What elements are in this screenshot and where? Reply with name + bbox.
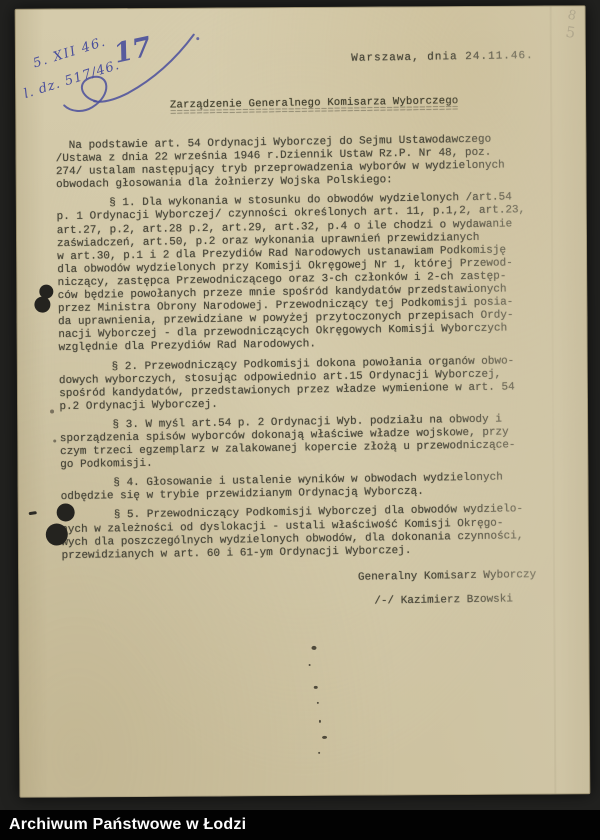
signature-name: /-/ Kazimierz Bzowski [374,592,570,608]
archive-caption-bar: Archiwum Państwowe w Łodzi [0,810,600,840]
paragraph-2: § 2. Przewodniczący Podkomisji dokona po… [59,354,568,414]
stain-mark [50,410,54,414]
archive-name-label: Archiwum Państwowe w Łodzi [9,810,246,840]
document-scan[interactable]: Warszawa, dnia 24.11.46. Zarządzenie Gen… [15,5,591,797]
signature-role: Generalny Komisarz Wyborczy [358,568,570,584]
ink-blot [31,279,63,325]
dateline: Warszawa, dnia 24.11.46. [351,50,534,65]
fold-speck-trail [295,644,336,764]
paragraph-intro: Na podstawie art. 54 Ordynacji Wyborczej… [55,133,564,193]
ink-blot [27,499,83,555]
document-body: Na podstawie art. 54 Ordynacji Wyborczej… [55,133,570,613]
paragraph-4: § 4. Głosowanie i ustalenie wyników w ob… [60,471,568,505]
paragraph-5: § 5. Przewodniczący Podkomisji Wyborczej… [61,503,570,563]
paragraph-3: § 3. W myśl art.54 p. 2 Ordynacji Wyb. p… [60,412,569,472]
handwritten-annotation: 5. XII 46. l. dz. 517/46. 17 [16,9,217,130]
stain-mark [53,440,56,443]
signature-block: Generalny Komisarz Wyborczy /-/ Kazimier… [62,568,570,613]
handwritten-flourish [16,17,207,123]
archive-viewer: Warszawa, dnia 24.11.46. Zarządzenie Gen… [0,0,600,840]
paragraph-1: § 1. Dla wykonania w stosunku do obwodów… [56,191,566,356]
